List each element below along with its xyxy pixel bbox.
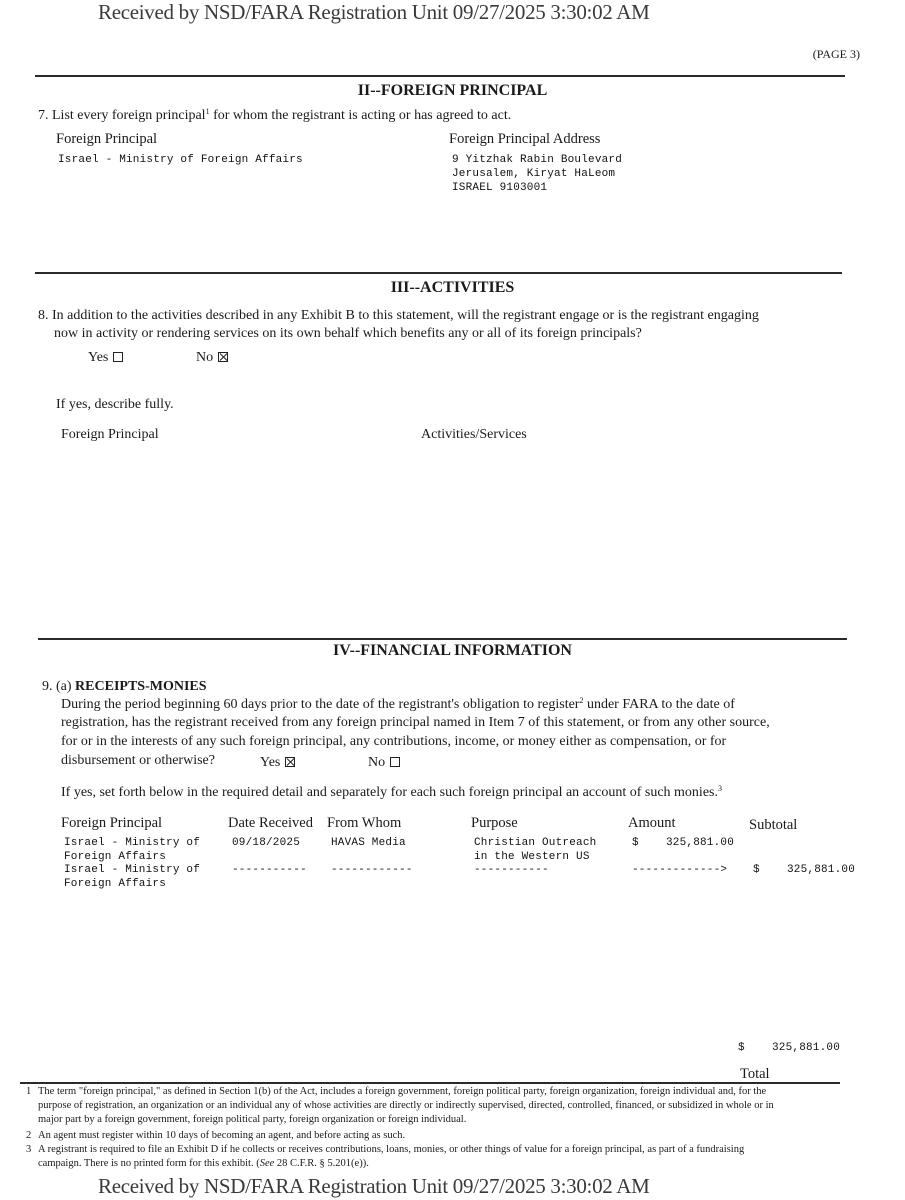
total-value: $ 325,881.00 [738, 1041, 840, 1055]
col-header-foreign-principal: Foreign Principal [56, 131, 157, 148]
footnote-1-line-2: purpose of registration, an organization… [38, 1099, 774, 1113]
cell-principal: Foreign Affairs [64, 877, 166, 891]
principal-address-line-3: ISRAEL 9103001 [452, 181, 547, 195]
col-header-activities-services: Activities/Services [421, 425, 527, 444]
section-title-foreign-principal: II--FOREIGN PRINCIPAL [0, 82, 905, 100]
q9-no-checkbox[interactable] [390, 757, 400, 767]
th-foreign-principal: Foreign Principal [61, 815, 162, 832]
footnote-divider [20, 1082, 840, 1084]
q8-yes-option[interactable]: Yes [88, 348, 123, 367]
col-header-principal-address: Foreign Principal Address [449, 131, 600, 148]
q9-yes-checkbox-checked[interactable] [285, 757, 295, 767]
principal-address-line-1: 9 Yitzhak Rabin Boulevard [452, 153, 622, 167]
q9-yes-option[interactable]: Yes [260, 753, 295, 772]
col-header-foreign-principal: Foreign Principal [61, 425, 159, 444]
question-9a-heading: 9. (a) RECEIPTS-MONIES [42, 677, 207, 696]
footnote-3-line-2: campaign. There is no printed form for t… [38, 1157, 369, 1171]
question-8-line-1: 8. In addition to the activities describ… [38, 306, 759, 325]
total-label: Total [740, 1066, 770, 1083]
principal-name: Israel - Ministry of Foreign Affairs [58, 153, 303, 167]
cell-date: 09/18/2025 [232, 836, 300, 850]
cell-principal: Foreign Affairs [64, 850, 166, 864]
section-divider [35, 272, 842, 274]
q8-no-option[interactable]: No [196, 348, 228, 367]
th-amount: Amount [628, 815, 676, 832]
received-stamp-top: Received by NSD/FARA Registration Unit 0… [98, 0, 650, 25]
q8-no-checkbox-checked[interactable] [218, 352, 228, 362]
if-yes-instruction: If yes, set forth below in the required … [61, 783, 722, 802]
footnote-2-number: 2 [26, 1129, 31, 1143]
cell-principal: Israel - Ministry of [64, 863, 200, 877]
cell-from: HAVAS Media [331, 836, 406, 850]
cell-from: ------------ [331, 863, 413, 877]
cell-amount: -------------> [632, 863, 727, 877]
question-9a-line-1: During the period beginning 60 days prio… [61, 695, 735, 714]
footnote-3-line-1: A registrant is required to file an Exhi… [38, 1143, 744, 1157]
cell-purpose: Christian Outreach [474, 836, 596, 850]
th-purpose: Purpose [471, 815, 518, 832]
th-from-whom: From Whom [327, 815, 401, 832]
cell-amount: $ 325,881.00 [632, 836, 734, 850]
section-divider [35, 75, 845, 77]
page-label: (PAGE 3) [813, 47, 860, 62]
cell-purpose: ----------- [474, 863, 549, 877]
cell-date: ----------- [232, 863, 307, 877]
footnote-1-line-1: The term "foreign principal," as defined… [38, 1085, 766, 1099]
received-stamp-bottom: Received by NSD/FARA Registration Unit 0… [98, 1174, 650, 1199]
q9-no-option[interactable]: No [368, 753, 400, 772]
footnote-3-number: 3 [26, 1143, 31, 1157]
footnote-1-number: 1 [26, 1085, 31, 1099]
footnote-1-line-3: major part by a foreign government, fore… [38, 1113, 466, 1127]
cell-subtotal: $ 325,881.00 [753, 863, 855, 877]
cell-purpose: in the Western US [474, 850, 590, 864]
th-date-received: Date Received [228, 815, 313, 832]
th-subtotal: Subtotal [749, 817, 797, 834]
q8-yes-checkbox[interactable] [113, 352, 123, 362]
cell-principal: Israel - Ministry of [64, 836, 200, 850]
question-9a-line-2: registration, has the registrant receive… [61, 713, 770, 732]
question-8-line-2: now in activity or rendering services on… [54, 324, 642, 343]
question-9a-line-3: for or in the interests of any such fore… [61, 732, 726, 751]
section-title-activities: III--ACTIVITIES [0, 279, 905, 297]
section-divider [38, 638, 847, 640]
question-9a-line-4: disbursement or otherwise? [61, 751, 215, 770]
principal-address-line-2: Jerusalem, Kiryat HaLeom [452, 167, 615, 181]
section-title-financial-information: IV--FINANCIAL INFORMATION [0, 642, 905, 660]
question-7: 7. List every foreign principal1 for who… [38, 106, 511, 125]
describe-fully-label: If yes, describe fully. [56, 395, 174, 414]
footnote-2-text: An agent must register within 10 days of… [38, 1129, 405, 1143]
